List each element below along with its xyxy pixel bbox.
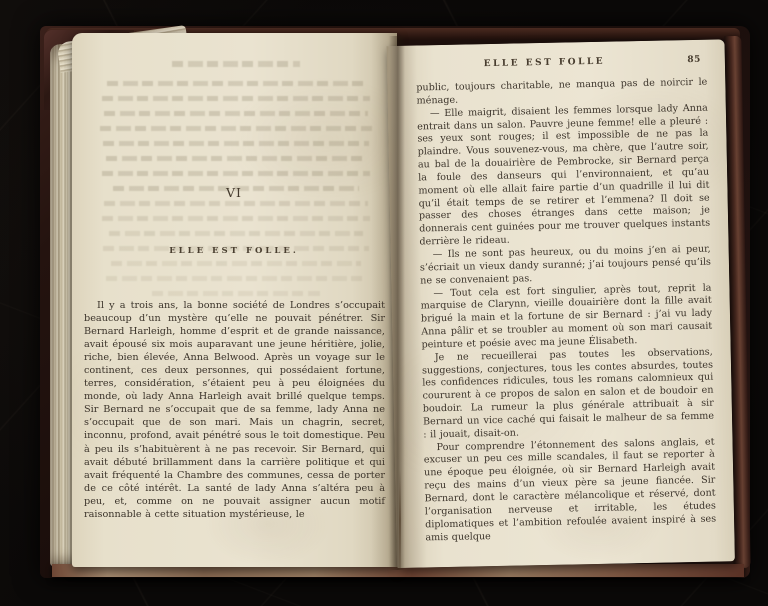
page-number: 85	[687, 55, 701, 65]
left-page-body: Il y a trois ans, la bonne société de Lo…	[84, 299, 385, 521]
bleed-through-text	[96, 61, 376, 306]
left-page: VI ELLE EST FOLLE. Il y a trois ans, la …	[72, 33, 397, 567]
running-header-title: ELLE EST FOLLE	[416, 55, 673, 70]
right-page: ELLE EST FOLLE 85 public, toujours chari…	[387, 39, 735, 568]
paragraph: Pour comprendre l’étonnement des salons …	[423, 436, 716, 545]
paragraph: Il y a trois ans, la bonne société de Lo…	[84, 299, 385, 521]
chapter-number: VI	[84, 185, 384, 200]
chapter-title: ELLE EST FOLLE.	[84, 246, 384, 256]
running-header: ELLE EST FOLLE 85	[416, 55, 707, 75]
right-page-body: public, toujours charitable, ne manqua p…	[416, 77, 716, 545]
paragraph: Je ne recueillerai pas toutes les observ…	[422, 346, 715, 442]
paragraph: — Tout cela est fort singulier, après to…	[420, 282, 712, 352]
paragraph: — Elle maigrit, disaient les femmes lors…	[417, 102, 711, 249]
paragraph: — Ils ne sont pas heureux, ou du moins j…	[420, 244, 712, 288]
photo-background: VI ELLE EST FOLLE. Il y a trois ans, la …	[0, 0, 768, 606]
